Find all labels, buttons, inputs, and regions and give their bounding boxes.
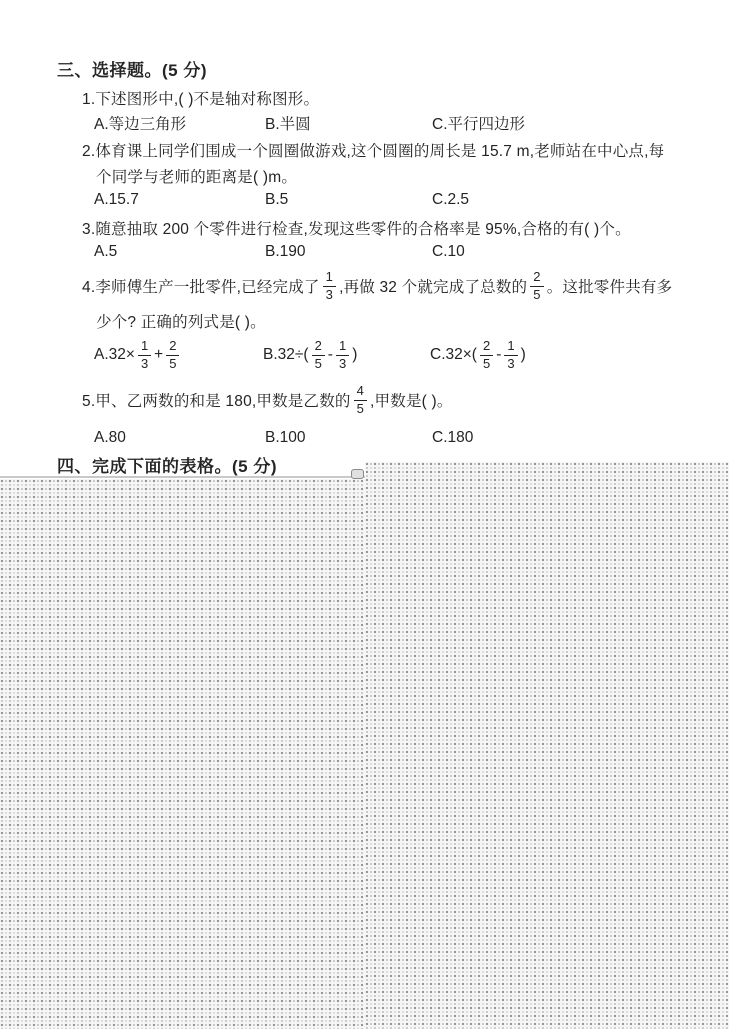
question-3-option-a: A.5	[94, 243, 117, 261]
fraction: 2 5	[312, 339, 325, 372]
question-3-text: 3.随意抽取 200 个零件进行检查,发现这些零件的合格率是 95%,合格的有(…	[82, 217, 631, 239]
question-5-option-c: C.180	[432, 429, 473, 447]
question-2-option-c: C.2.5	[432, 191, 469, 209]
question-1-option-a: A.等边三角形	[94, 112, 186, 134]
question-5-option-b: B.100	[265, 429, 306, 447]
question-4-line1-post: 。这批零件共有多	[547, 275, 673, 297]
question-3-option-b: B.190	[265, 243, 306, 261]
question-5-pre: 5.甲、乙两数的和是 180,甲数是乙数的	[82, 389, 351, 411]
fraction: 1 3	[504, 339, 517, 372]
question-2-option-a: A.15.7	[94, 191, 139, 209]
question-4-option-c: C.32×( 2 5 - 1 3 )	[430, 333, 526, 377]
masked-region-pattern-left	[0, 479, 365, 1029]
question-5-text: 5.甲、乙两数的和是 180,甲数是乙数的 4 5 ,甲数是( )。	[82, 380, 453, 420]
question-4-line2: 少个? 正确的列式是( )。	[96, 310, 266, 332]
question-5-option-a: A.80	[94, 429, 126, 447]
question-4-option-a: A.32× 1 3 + 2 5	[94, 333, 182, 377]
question-3-option-c: C.10	[432, 243, 465, 261]
test-paper-page: 三、选择题。(5 分) 1.下述图形中,( )不是轴对称图形。 A.等边三角形 …	[0, 0, 729, 1029]
fraction: 4 5	[354, 384, 367, 417]
question-4-line1-mid: ,再做 32 个就完成了总数的	[339, 275, 527, 297]
question-1-option-b: B.半圆	[265, 112, 311, 134]
fraction: 1 3	[138, 339, 151, 372]
question-1-option-c: C.平行四边形	[432, 112, 525, 134]
fraction: 1 3	[323, 270, 336, 303]
question-1-text: 1.下述图形中,( )不是轴对称图形。	[82, 87, 319, 109]
masked-region-pattern-right	[365, 462, 729, 1029]
question-4-line1-pre: 4.李师傅生产一批零件,已经完成了	[82, 275, 320, 297]
question-2-option-b: B.5	[265, 191, 288, 209]
scan-edge-line	[0, 476, 365, 478]
question-2-line2: 个同学与老师的距离是( )m。	[96, 165, 297, 187]
question-4-line1: 4.李师傅生产一批零件,已经完成了 1 3 ,再做 32 个就完成了总数的 2 …	[82, 266, 672, 306]
section-4-title: 四、完成下面的表格。(5 分)	[57, 452, 277, 477]
fraction: 2 5	[166, 339, 179, 372]
fraction: 1 3	[336, 339, 349, 372]
fraction: 2 5	[480, 339, 493, 372]
section-3-title: 三、选择题。(5 分)	[57, 56, 207, 81]
question-4-option-b: B.32÷( 2 5 - 1 3 )	[263, 333, 357, 377]
fraction: 2 5	[530, 270, 543, 303]
scan-artifact-mark	[351, 469, 364, 479]
question-2-line1: 2.体育课上同学们围成一个圆圈做游戏,这个圆圈的周长是 15.7 m,老师站在中…	[82, 139, 664, 161]
question-5-post: ,甲数是( )。	[370, 389, 453, 411]
